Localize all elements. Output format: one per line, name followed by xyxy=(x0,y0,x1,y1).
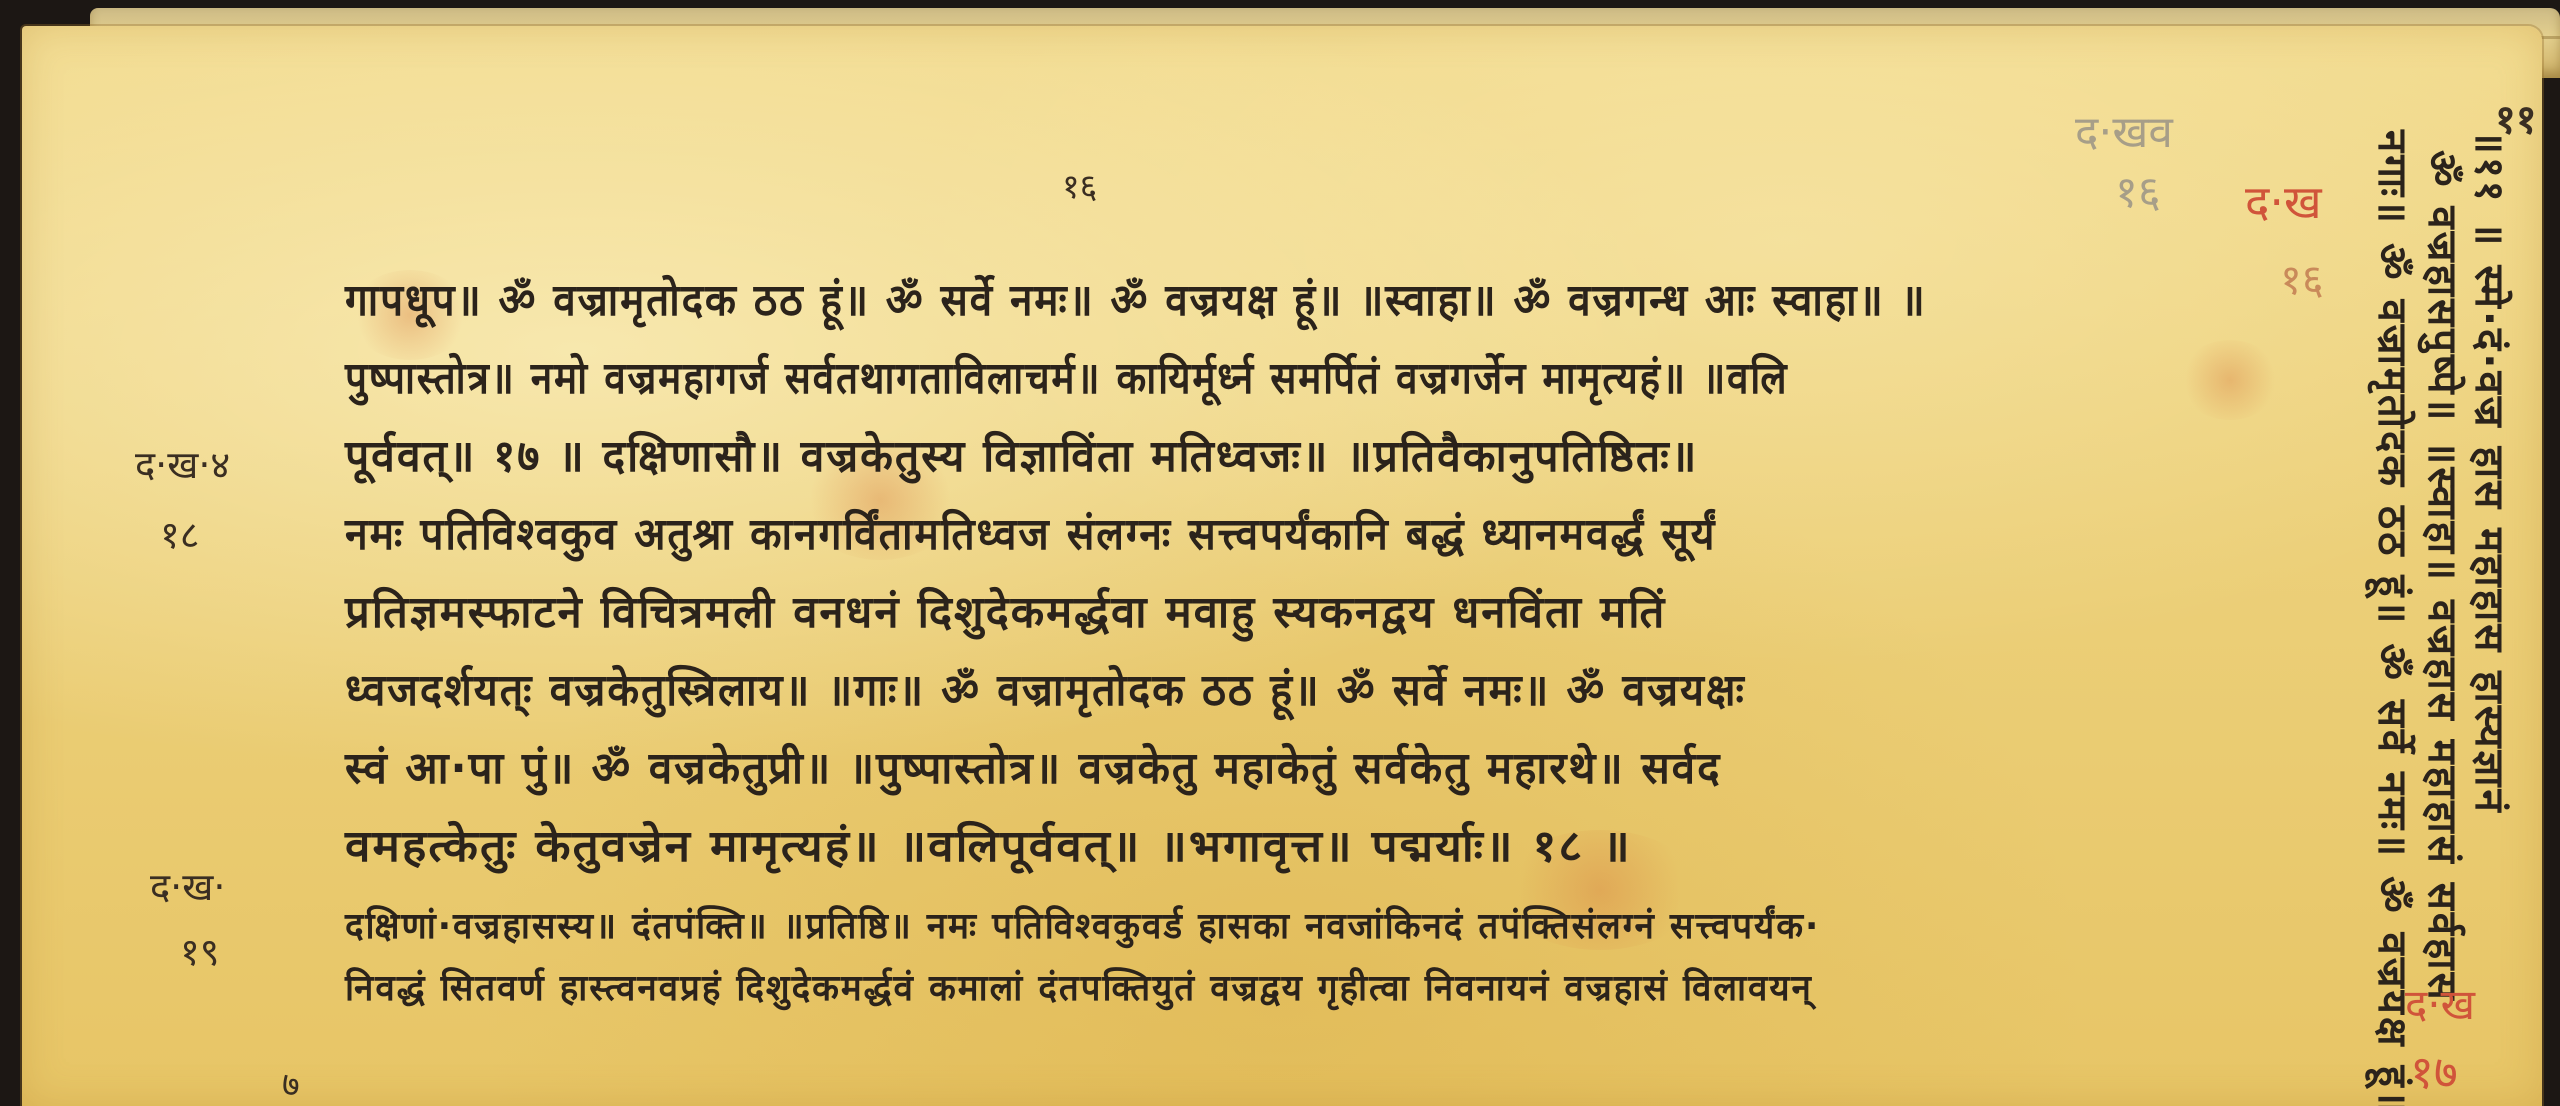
text-line-8: वमहत्केतुः केतुवज्रेन मामृत्यहं॥ ॥वलिपूर… xyxy=(345,814,1632,874)
left-margin-note-2: द·ख· xyxy=(150,860,225,912)
text-line-10: निवद्धं सितवर्ण हास्त्वनवप्रहं दिशुदेकमर… xyxy=(345,962,1813,1011)
pencil-note-line2: १६ xyxy=(2115,160,2161,220)
folio-number-top: १६ xyxy=(1062,162,1097,208)
text-line-4: नमः पतिविश्वकुव अतुश्रा कानगर्विंतामतिध्… xyxy=(345,502,1716,562)
right-column-line-3: ॥११ ॥ स्मे·दं·वज्र हास महाहास हास्यज्ञान… xyxy=(2462,130,2517,890)
pencil-note-line1: द·खव xyxy=(2075,100,2173,160)
text-line-3: पूर्ववत्॥ १७ ॥ दक्षिणासौ॥ वज्रकेतुस्य वि… xyxy=(345,424,1698,484)
text-line-7: स्वं आ·पा पुं॥ ॐ वज्रकेतुप्री॥ ॥पुष्पास्… xyxy=(345,736,1721,796)
bottom-left-number: ७ xyxy=(282,1060,300,1106)
right-column-line-1: नगाः॥ ॐ वज्रामृतोदक ठठ हूं॥ ॐ सर्वे नमः॥… xyxy=(2365,130,2420,970)
text-line-5: प्रतिज्ञमस्फाटने विचित्रमली वनधनं दिशुदे… xyxy=(345,580,1666,640)
text-line-1: गापधूप॥ ॐ वज्रामृतोदक ठठ हूं॥ ॐ सर्वे नम… xyxy=(345,268,1927,328)
left-margin-note-1: द·ख·४ xyxy=(135,438,230,490)
red-folio-note: द·ख xyxy=(2245,170,2322,232)
red-bottom-number: १७ xyxy=(2410,1040,2458,1102)
left-margin-number-1: १८ xyxy=(160,508,200,560)
text-line-9: दक्षिणां·वज्रहासस्य॥ दंतपंक्ति॥ ॥प्रतिष्… xyxy=(345,900,1820,949)
red-folio-number: १६ xyxy=(2280,250,2324,307)
ink-stain xyxy=(2180,340,2280,420)
left-margin-number-2: १९ xyxy=(180,925,220,977)
right-top-number: ११ xyxy=(2495,90,2537,145)
text-line-2: पुष्पास्तोत्र॥ नमो वज्रमहागर्ज सर्वतथागत… xyxy=(345,346,1788,406)
text-line-6: ध्वजदर्शयत्ः वज्रकेतुस्त्रिलाय॥ ॥गाः॥ ॐ … xyxy=(345,658,1746,718)
red-bottom-note: द·ख xyxy=(2405,975,2475,1032)
